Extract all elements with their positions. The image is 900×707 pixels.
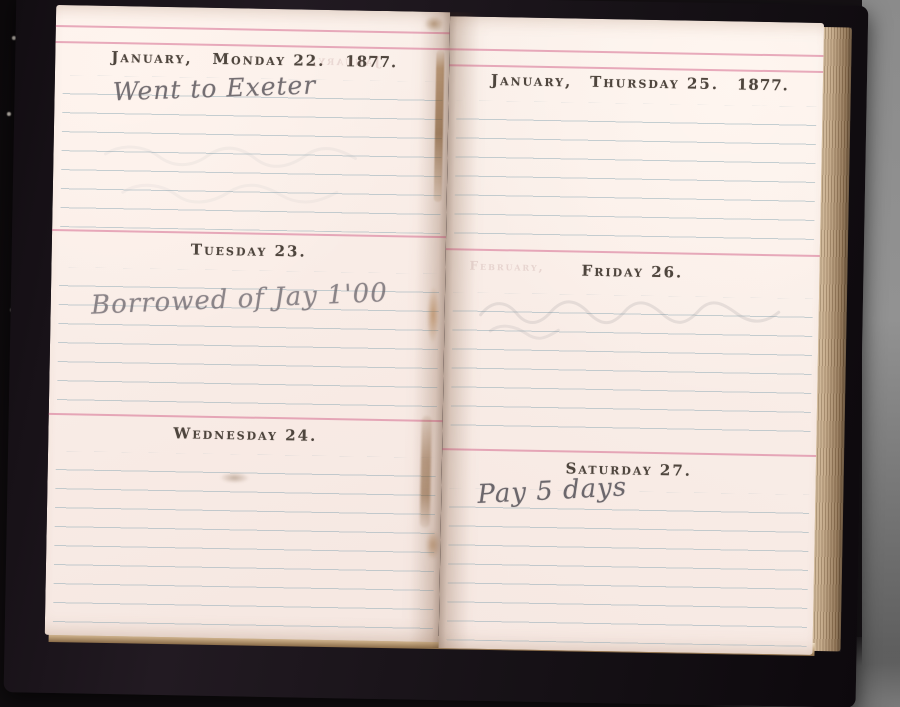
cover-stitch-speck xyxy=(7,112,11,116)
month-label: January, xyxy=(491,71,573,90)
bleed-through-writing xyxy=(92,126,394,221)
diary-photo: January, Monday 22. 1877. January, Went … xyxy=(0,0,900,707)
bleed-through-month: February, xyxy=(469,259,545,274)
day-header-monday: January, Monday 22. 1877. xyxy=(55,47,449,72)
bleed-through-writing xyxy=(472,285,793,347)
pink-rule xyxy=(449,48,823,57)
left-page: January, Monday 22. 1877. January, Went … xyxy=(45,5,450,642)
day-header-wednesday: Wednesday 24. xyxy=(48,421,442,447)
day-header-tuesday: Tuesday 23. xyxy=(52,237,446,263)
day-label: Tuesday 23. xyxy=(191,240,307,260)
pink-rule xyxy=(49,413,443,422)
right-page: January, Thursday 25. 1877. Friday 26. F… xyxy=(439,16,825,655)
ruled-lines xyxy=(454,100,817,247)
day-label: Friday 26. xyxy=(581,262,683,282)
diary-book: January, Monday 22. 1877. January, Went … xyxy=(4,0,869,707)
pink-rule xyxy=(446,248,820,257)
ruled-lines xyxy=(53,451,436,636)
ruled-lines xyxy=(447,488,810,647)
pink-rule xyxy=(442,448,816,457)
bleed-through-month: January, xyxy=(310,54,380,70)
day-header-thursday: January, Thursday 25. 1877. xyxy=(449,70,823,95)
day-label: Monday 22. xyxy=(212,50,325,70)
pink-rule xyxy=(56,25,450,34)
day-label: Wednesday 24. xyxy=(173,424,317,445)
scan-background xyxy=(862,0,900,707)
month-label: January, xyxy=(111,48,193,67)
day-label: Thursday 25. xyxy=(590,73,719,93)
year-label: 1877. xyxy=(737,75,789,94)
